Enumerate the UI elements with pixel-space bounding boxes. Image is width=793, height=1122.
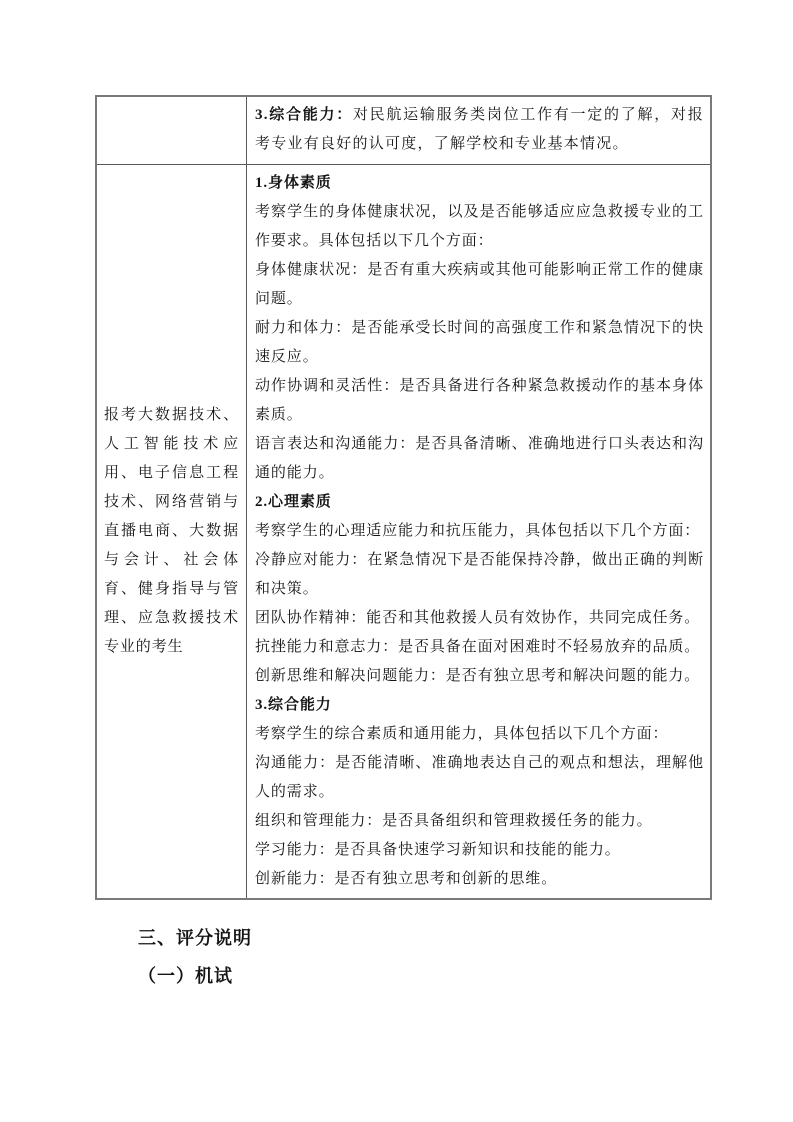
criteria-table: 3.综合能力：对民航运输服务类岗位工作有一定的了解，对报考专业有良好的认可度，了…	[95, 95, 712, 900]
cell-paragraph: 考察学生的综合素质和通用能力，具体包括以下几个方面：	[255, 720, 704, 749]
cell-heading: 2.心理素质	[255, 488, 704, 517]
cell-paragraph: 抗挫能力和意志力：是否具备在面对困难时不轻易放弃的品质。	[255, 633, 704, 662]
cell-paragraph: 组织和管理能力：是否具备组织和管理救援任务的能力。	[255, 807, 704, 836]
table-cell-left-empty	[97, 97, 247, 164]
cell-heading: 1.身体素质	[255, 169, 704, 198]
cell-paragraph: 耐力和体力：是否能承受长时间的高强度工作和紧急情况下的快速反应。	[255, 314, 704, 372]
cell-paragraph: 语言表达和沟通能力：是否具备清晰、准确地进行口头表达和沟通的能力。	[255, 430, 704, 488]
cell-paragraph: 动作协调和灵活性：是否具备进行各种紧急救援动作的基本身体素质。	[255, 372, 704, 430]
cell-paragraph: 沟通能力：是否能清晰、准确地表达自己的观点和想法，理解他人的需求。	[255, 749, 704, 807]
table-cell-right: 3.综合能力：对民航运输服务类岗位工作有一定的了解，对报考专业有良好的认可度，了…	[247, 97, 710, 164]
cell-paragraph: 考察学生的心理适应能力和抗压能力，具体包括以下几个方面：	[255, 517, 704, 546]
document-page: 3.综合能力：对民航运输服务类岗位工作有一定的了解，对报考专业有良好的认可度，了…	[0, 0, 793, 1122]
applicant-majors-text: 报考大数据技术、人工智能技术应用、电子信息工程技术、网络营销与直播电商、大数据与…	[104, 401, 239, 662]
cell-paragraph: 创新思维和解决问题能力：是否有独立思考和解决问题的能力。	[255, 662, 704, 691]
cell-paragraph: 冷静应对能力：在紧急情况下是否能保持冷静，做出正确的判断和决策。	[255, 546, 704, 604]
table-row: 3.综合能力：对民航运输服务类岗位工作有一定的了解，对报考专业有良好的认可度，了…	[97, 97, 710, 164]
cell-paragraph: 身体健康状况：是否有重大疾病或其他可能影响正常工作的健康问题。	[255, 256, 704, 314]
cell-paragraph: 考察学生的身体健康状况，以及是否能够适应应急救援专业的工作要求。具体包括以下几个…	[255, 198, 704, 256]
subsection-heading: （一）机试	[138, 963, 233, 989]
section-heading: 三、评分说明	[138, 925, 252, 951]
table-cell-left: 报考大数据技术、人工智能技术应用、电子信息工程技术、网络营销与直播电商、大数据与…	[97, 165, 247, 898]
table-row: 报考大数据技术、人工智能技术应用、电子信息工程技术、网络营销与直播电商、大数据与…	[97, 164, 710, 898]
cell-heading: 3.综合能力	[255, 691, 704, 720]
cell-paragraph: 学习能力：是否具备快速学习新知识和技能的能力。	[255, 836, 704, 865]
cell-paragraph: 3.综合能力：对民航运输服务类岗位工作有一定的了解，对报考专业有良好的认可度，了…	[255, 101, 704, 159]
cell-paragraph: 创新能力：是否有独立思考和创新的思维。	[255, 865, 704, 894]
cell-paragraph-bold-prefix: 3.综合能力：	[255, 107, 353, 123]
table-cell-right: 1.身体素质考察学生的身体健康状况，以及是否能够适应应急救援专业的工作要求。具体…	[247, 165, 710, 898]
cell-paragraph: 团队协作精神：能否和其他救援人员有效协作，共同完成任务。	[255, 604, 704, 633]
